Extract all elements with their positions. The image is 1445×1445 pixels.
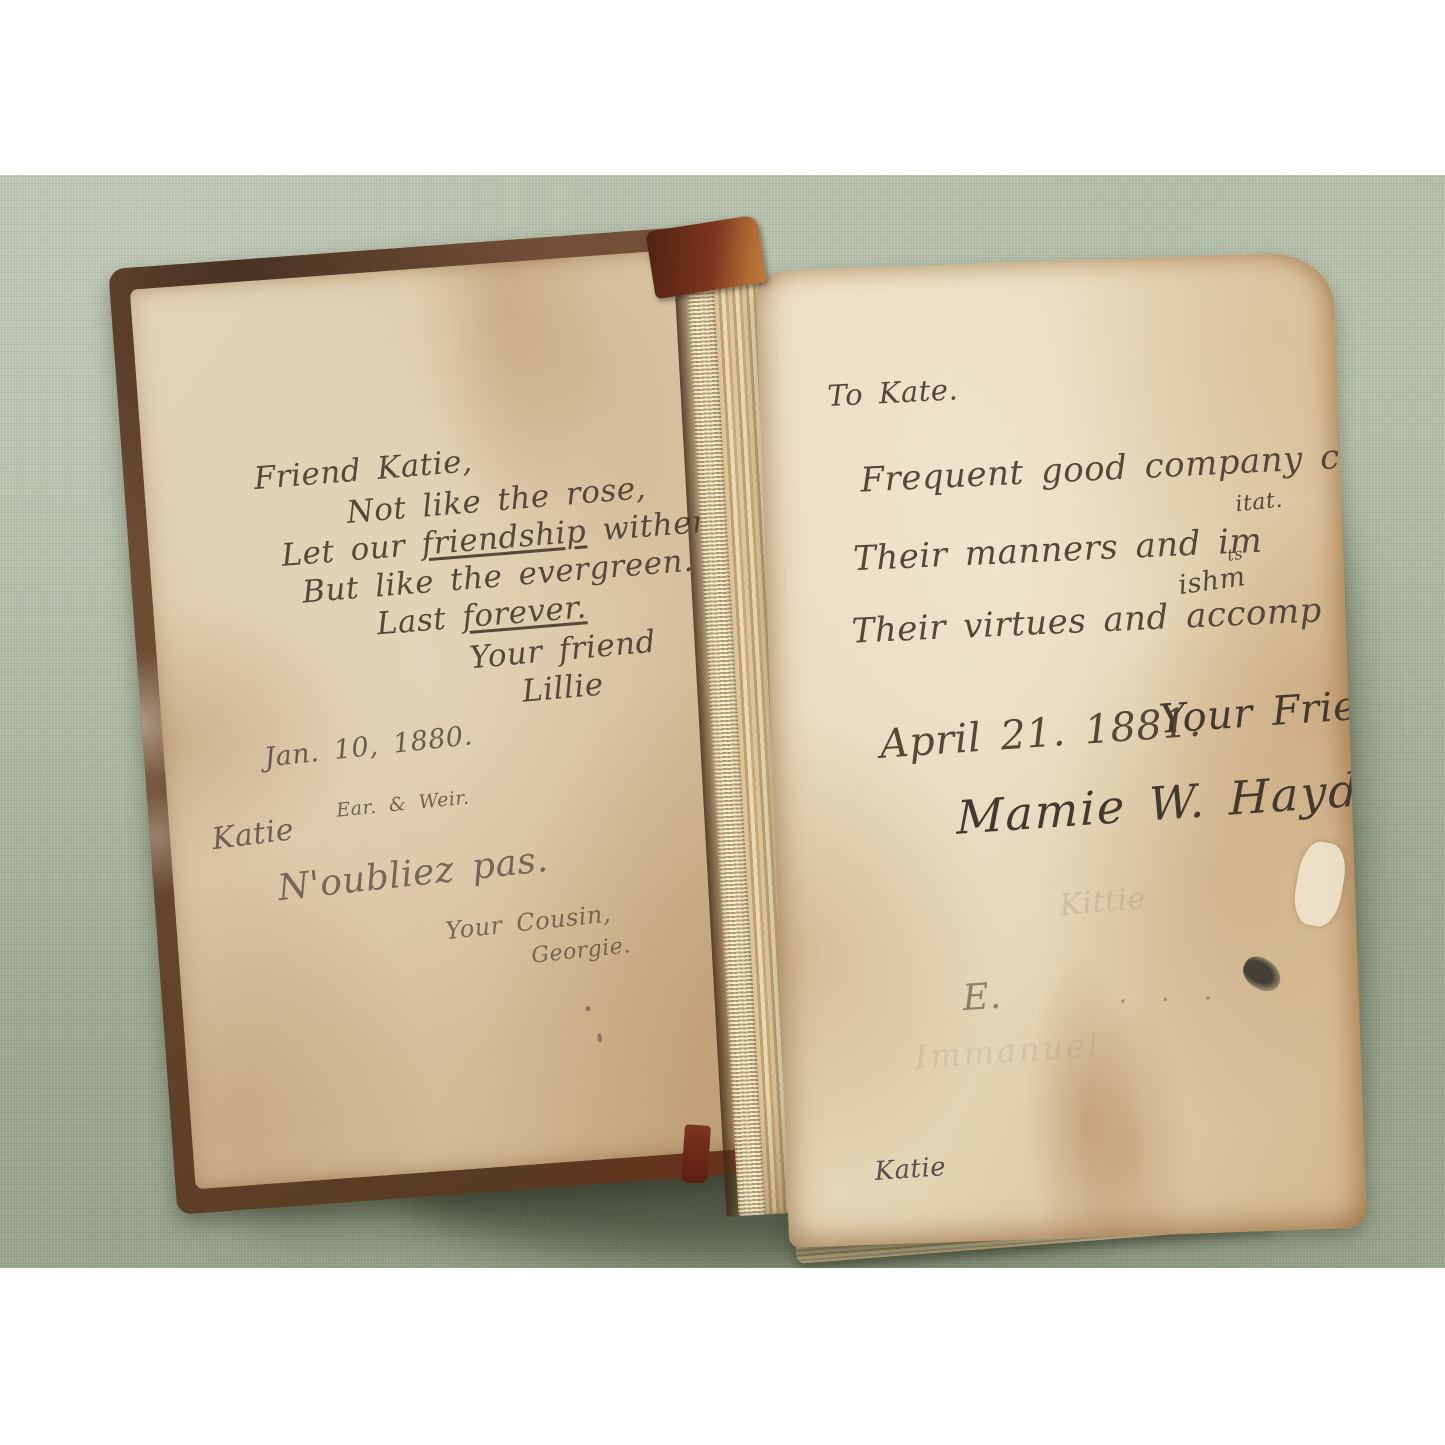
verse-4-underlined: forever. <box>461 589 588 635</box>
photo-open-antique-book: Friend Katie, Not like the rose, Let our… <box>0 175 1445 1268</box>
right-page-faint-scribble: Immanuel <box>914 1029 1103 1074</box>
right-page-closing: Your Friend <box>1158 682 1367 739</box>
left-page-small-note: Ear. & Weir. <box>336 789 471 821</box>
left-page-closing: Your friend <box>468 627 657 675</box>
ink-smudge <box>1237 951 1287 997</box>
left-page-name-katie: Katie <box>210 815 295 855</box>
right-page-faint-dots: · · · <box>1118 986 1222 1016</box>
line-2-insertion: itat. <box>1234 490 1283 517</box>
screenshot-canvas: { "palette": { "matte": "#ffffff", "fabr… <box>0 0 1445 1445</box>
torn-paper-patch <box>1290 839 1350 930</box>
right-page: To Kate. Frequent good company copy Thei… <box>755 251 1367 1248</box>
right-page-signature: Mamie W. Hayden <box>956 762 1366 841</box>
left-page-french-note: N'oubliez pas. <box>276 842 550 907</box>
left-page-date: Jan. 10, 1880. <box>263 722 474 771</box>
ink-dot <box>585 1006 590 1011</box>
right-page-initial-e: E. <box>961 979 1002 1018</box>
line-3-insertion-tiny: ts <box>1226 546 1244 564</box>
left-page-signature-lillie: Lillie <box>521 669 605 707</box>
ink-dot <box>597 1033 602 1042</box>
right-page-line-3: Their virtues and accomp <box>851 593 1323 648</box>
verse-4-pre: Last <box>375 599 463 642</box>
right-page-owner-name: Katie <box>874 1154 947 1185</box>
right-page-line-1: Frequent good company copy <box>860 437 1367 497</box>
left-page-cousin-signature: Georgie. <box>530 935 631 968</box>
right-page-dedication: To Kate. <box>827 375 959 411</box>
spine-leather-remnant-bottom <box>681 1124 711 1184</box>
right-page-faint-name: Kittie <box>1058 884 1147 921</box>
right-page-date: April 21. 1881. <box>878 703 1202 765</box>
